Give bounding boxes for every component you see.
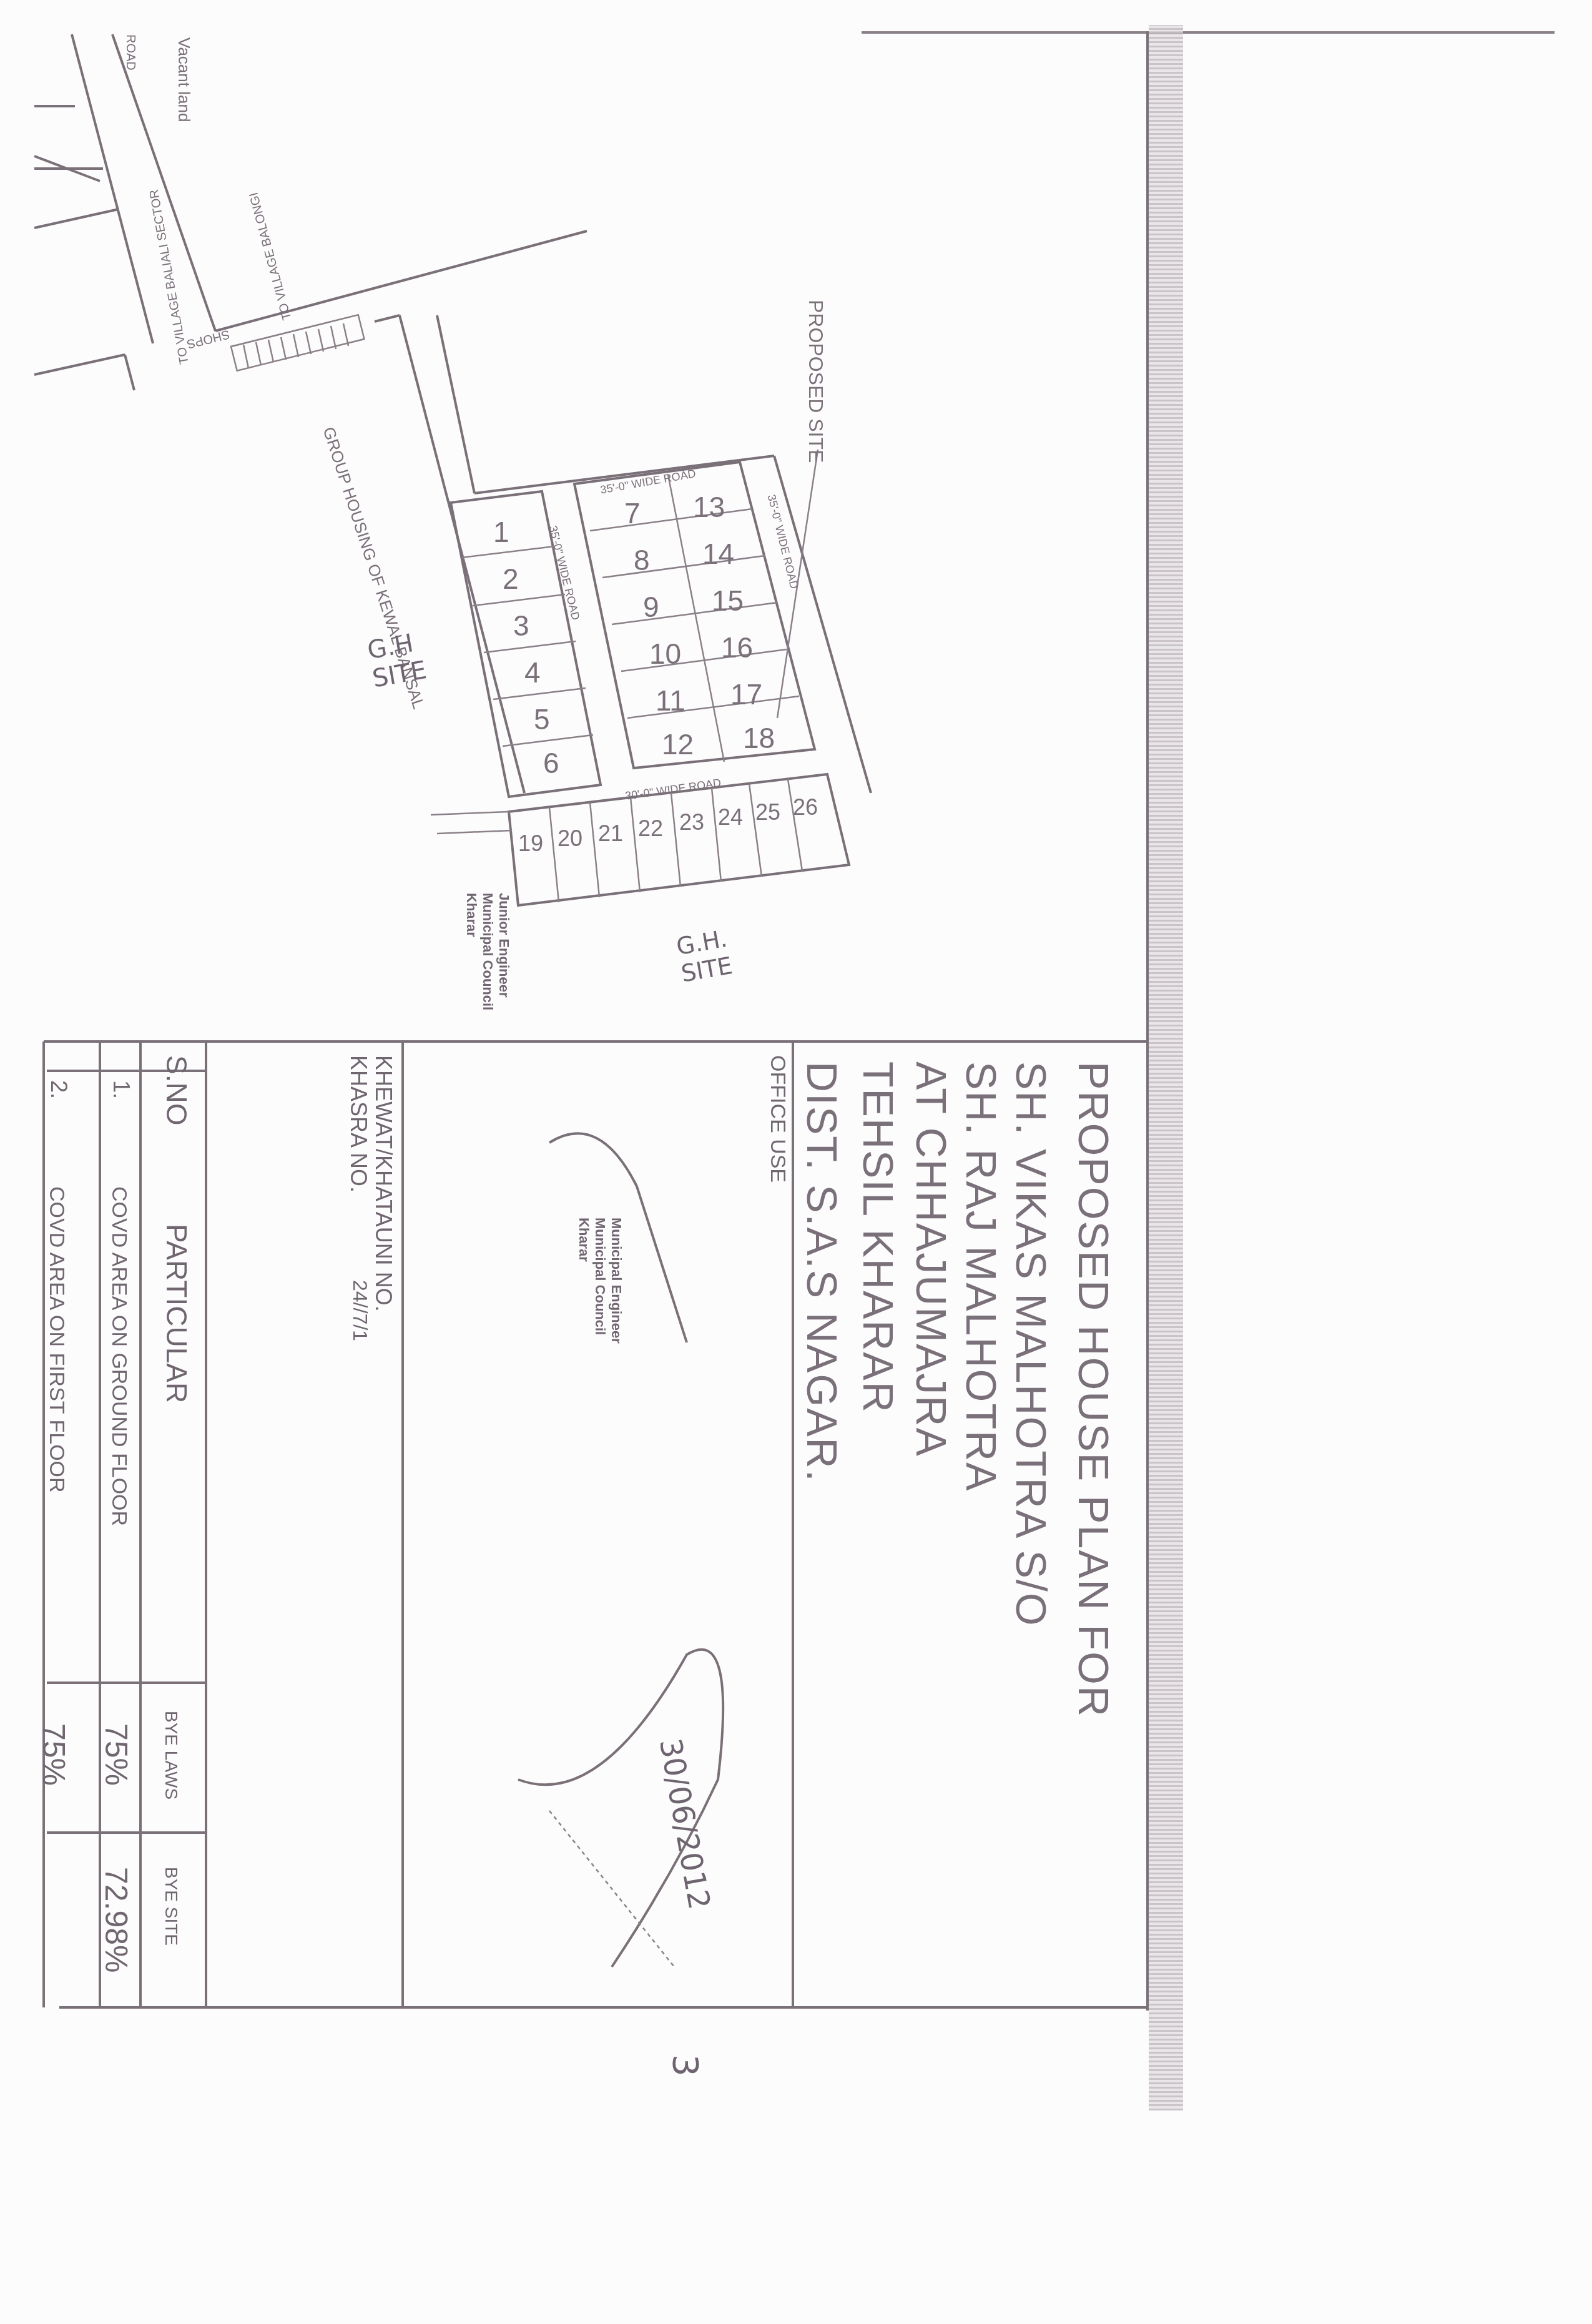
plot-number: 22 [638, 815, 663, 842]
row-2-sno: 2. [46, 1080, 72, 1099]
title-line-5: TEHSIL KHARAR [853, 1061, 902, 1414]
plot-number: 10 [649, 637, 681, 671]
khewat-line: KHEWAT/KHATAUNI NO. [370, 1055, 396, 1312]
plot-number: 16 [721, 631, 753, 664]
plot-number: 25 [755, 799, 780, 825]
plot-number: 18 [743, 721, 775, 755]
municipal-engineer-stamp: Municipal Engineer Municipal Council Kha… [576, 1218, 624, 1380]
row-2-particular: COVD AREA ON FIRST FLOOR [44, 1186, 69, 1493]
row-1-bye-site: 72.98% [98, 1867, 134, 1973]
table-header-particular: PARTICULAR [160, 1224, 194, 1403]
plot-number: 14 [702, 537, 734, 571]
plot-number: 17 [730, 677, 762, 711]
row-2-bye-laws: 75% [36, 1723, 72, 1786]
table-header-bye-laws: BYE LAWS [161, 1711, 181, 1800]
site-map-drawing [0, 0, 1592, 2324]
plot-number: 6 [543, 746, 559, 780]
plot-number: 26 [793, 794, 818, 820]
plot-number: 12 [662, 727, 694, 761]
row-1-particular: COVD AREA ON GROUND FLOOR [107, 1186, 131, 1526]
table-header-sno: S.NO [160, 1055, 194, 1125]
row-1-bye-laws: 75% [98, 1723, 134, 1786]
plot-number: 2 [503, 562, 519, 596]
khasra-line: KHASRA NO. [345, 1055, 371, 1193]
plot-number: 13 [693, 490, 725, 524]
page-number: 3 [665, 2054, 705, 2077]
plot-number: 7 [624, 496, 641, 530]
plot-number: 9 [643, 590, 659, 624]
plot-number: 19 [518, 830, 543, 857]
plot-number: 3 [513, 609, 529, 643]
title-line-2: SH. VIKAS MALHOTRA S/O [1006, 1061, 1055, 1627]
road-label: ROAD [123, 34, 137, 71]
plot-number: 21 [598, 820, 623, 847]
office-use-label: OFFICE USE [765, 1055, 790, 1183]
title-line-1: PROPOSED HOUSE PLAN FOR [1069, 1061, 1118, 1718]
title-line-3: SH. RAJ MALHOTRA [956, 1061, 1005, 1492]
title-line-4: AT CHHAJUMAJRA [907, 1061, 955, 1457]
plot-number: 8 [634, 543, 650, 577]
vacant-land-label: Vacant land [174, 37, 194, 122]
khasra-value: 24//7/1 [348, 1280, 371, 1341]
row-1-sno: 1. [108, 1080, 134, 1099]
title-line-6: DIST. S.A.S NAGAR. [797, 1061, 846, 1483]
plot-number: 11 [656, 684, 685, 717]
junior-engineer-stamp: Junior Engineer Municipal Council Kharar [463, 893, 512, 1030]
plot-number: 24 [718, 804, 743, 830]
plot-number: 23 [679, 809, 704, 835]
plot-number: 4 [524, 656, 541, 689]
plot-number: 15 [712, 584, 744, 618]
plot-number: 1 [493, 515, 509, 549]
proposed-site-label: PROPOSED SITE [804, 300, 827, 463]
table-header-bye-site: BYE SITE [161, 1867, 181, 1946]
plot-number: 5 [534, 702, 550, 736]
plot-number: 20 [558, 825, 582, 852]
